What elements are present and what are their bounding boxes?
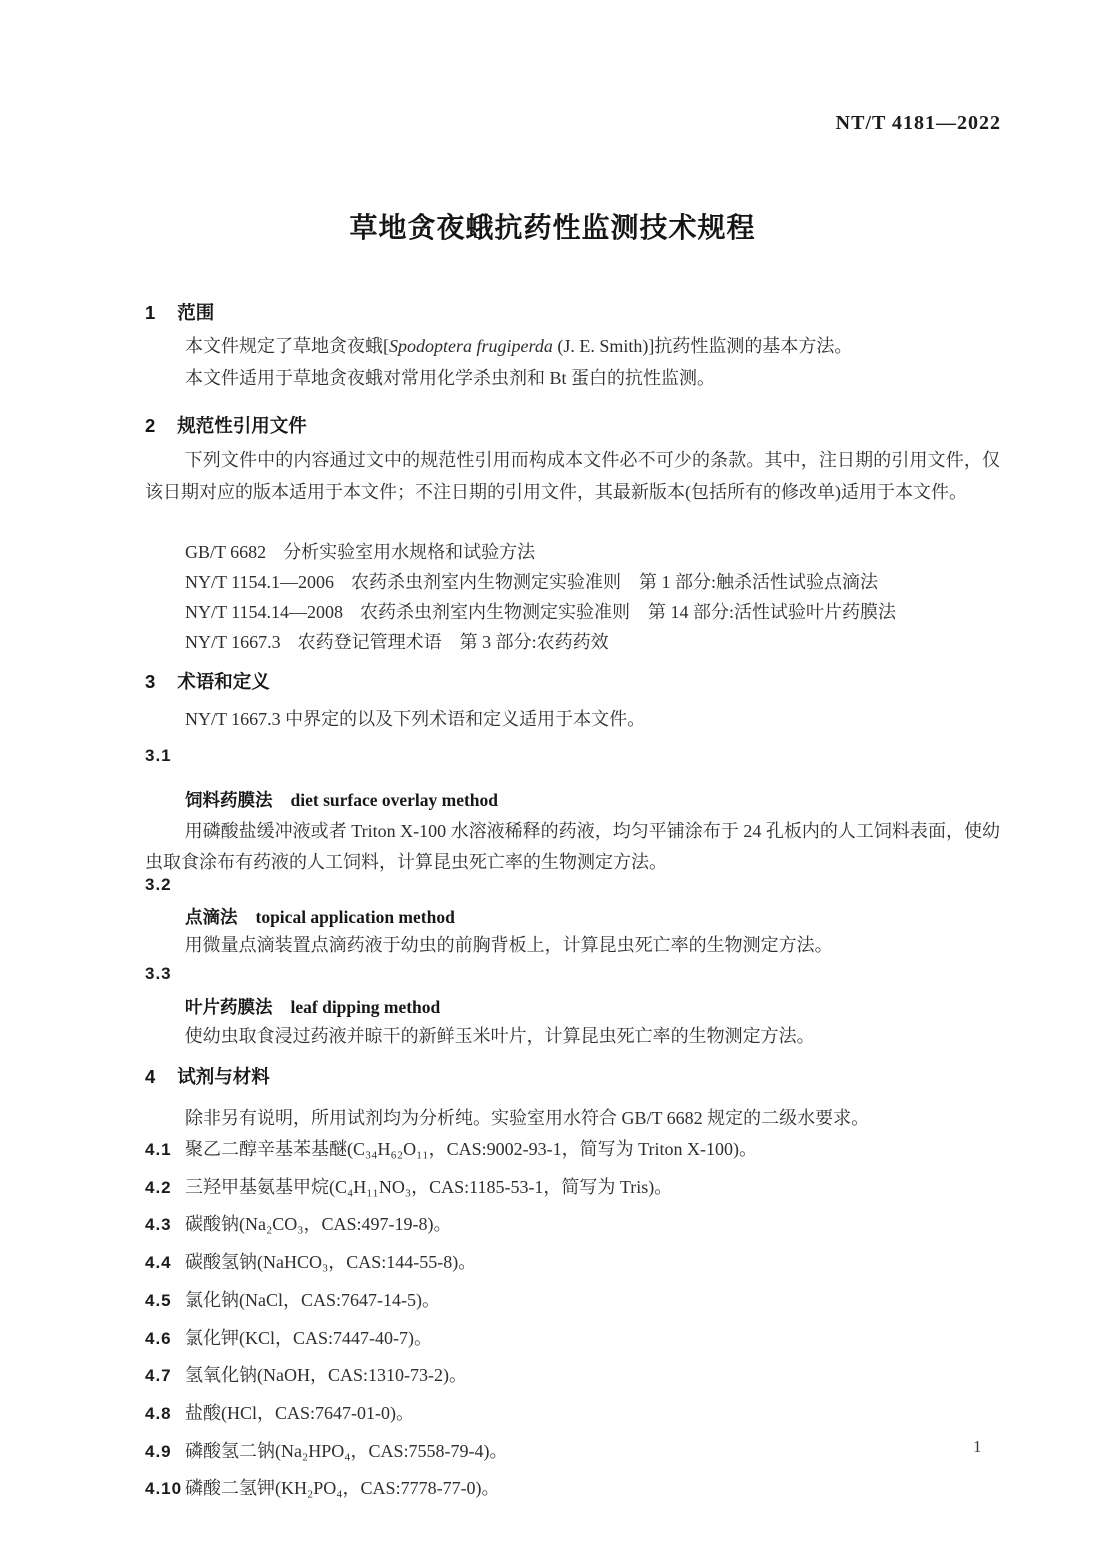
reference-item: NY/T 1154.1—2006农药杀虫剂室内生物测定实验准则 第 1 部分:触… (145, 567, 1000, 597)
scope-paragraph-2: 本文件适用于草地贪夜蛾对常用化学杀虫剂和 Bt 蛋白的抗性监测。 (145, 365, 1040, 391)
section-3-heading: 3 术语和定义 (145, 668, 1000, 694)
reference-code: NY/T 1154.14—2008 (185, 602, 343, 622)
reagent-item-number: 4.3 (145, 1206, 185, 1244)
reference-code: NY/T 1154.1—2006 (185, 572, 334, 592)
page-title: 草地贪夜蛾抗药性监测技术规程 (0, 206, 1105, 246)
reagent-item: 4.10磷酸二氢钾(KH₂PO₄，CAS:7778-77-0)。 (145, 1470, 1000, 1508)
section-2-heading: 2 规范性引用文件 (145, 412, 1000, 438)
reagent-item-text: 碳酸钠(Na₂CO₃，CAS:497-19-8)。 (185, 1214, 452, 1234)
species-name: Spodoptera frugiperda (389, 336, 553, 356)
reagent-item: 4.2三羟甲基氨基甲烷(C₄H₁₁NO₃，CAS:1185-53-1，简写为 T… (145, 1169, 1000, 1207)
reagent-item-text: 氯化钾(KCl，CAS:7447-40-7)。 (185, 1328, 432, 1348)
terms-intro: NY/T 1667.3 中界定的以及下列术语和定义适用于本文件。 (145, 706, 1040, 732)
term-1-zh: 饲料药膜法 (185, 790, 273, 810)
section-1-heading: 1 范围 (145, 299, 1000, 325)
term-2-zh: 点滴法 (185, 907, 238, 927)
term-1-heading: 饲料药膜法diet surface overlay method (145, 787, 1040, 812)
reagent-item-text: 氢氧化钠(NaOH，CAS:1310-73-2)。 (185, 1365, 467, 1385)
term-2-heading: 点滴法topical application method (145, 904, 1040, 929)
document-page: NT/T 4181—2022 草地贪夜蛾抗药性监测技术规程 1 范围 本文件规定… (0, 0, 1105, 1550)
reagent-item-number: 4.8 (145, 1395, 185, 1433)
reference-title: 农药登记管理术语 第 3 部分:农药药效 (298, 632, 609, 652)
reagent-item-number: 4.6 (145, 1320, 185, 1358)
reagent-item-number: 4.5 (145, 1282, 185, 1320)
section-3-label: 术语和定义 (177, 668, 270, 694)
reference-item: GB/T 6682分析实验室用水规格和试验方法 (145, 537, 1000, 567)
term-3-definition: 使幼虫取食浸过药液并晾干的新鲜玉米叶片，计算昆虫死亡率的生物测定方法。 (145, 1021, 1000, 1052)
reference-item: NY/T 1154.14—2008农药杀虫剂室内生物测定实验准则 第 14 部分… (145, 597, 1000, 627)
reference-code: GB/T 6682 (185, 542, 266, 562)
scope-p1-pre: 本文件规定了草地贪夜蛾[ (185, 336, 389, 356)
term-1-en: diet surface overlay method (291, 790, 499, 810)
reagent-item-number: 4.2 (145, 1169, 185, 1207)
reagent-item-text: 磷酸氢二钠(Na₂HPO₄，CAS:7558-79-4)。 (185, 1441, 508, 1461)
normative-refs-list: GB/T 6682分析实验室用水规格和试验方法 NY/T 1154.1—2006… (145, 537, 1000, 657)
term-3-number: 3.3 (145, 964, 1000, 984)
section-2-label: 规范性引用文件 (177, 412, 307, 438)
term-2-en: topical application method (256, 907, 455, 927)
reference-title: 农药杀虫剂室内生物测定实验准则 第 1 部分:触杀活性试验点滴法 (351, 572, 878, 592)
reagent-item-number: 4.10 (145, 1470, 185, 1508)
term-3-en: leaf dipping method (291, 997, 441, 1017)
section-4-heading: 4 试剂与材料 (145, 1063, 1000, 1089)
term-3-heading: 叶片药膜法leaf dipping method (145, 994, 1040, 1019)
reagent-item-number: 4.7 (145, 1357, 185, 1395)
section-4-number: 4 (145, 1066, 155, 1088)
reagent-item: 4.4碳酸氢钠(NaHCO₃，CAS:144-55-8)。 (145, 1244, 1000, 1282)
section-1-number: 1 (145, 302, 155, 324)
reagent-item-number: 4.1 (145, 1131, 185, 1169)
reagent-item-text: 三羟甲基氨基甲烷(C₄H₁₁NO₃，CAS:1185-53-1，简写为 Tris… (185, 1177, 672, 1197)
normative-refs-intro: 下列文件中的内容通过文中的规范性引用而构成本文件必不可少的条款。其中，注日期的引… (145, 445, 1000, 508)
term-1-definition: 用磷酸盐缓冲液或者 Triton X-100 水溶液稀释的药液，均匀平铺涂布于 … (145, 816, 1000, 877)
reagent-item-number: 4.9 (145, 1433, 185, 1471)
reagent-item: 4.6氯化钾(KCl，CAS:7447-40-7)。 (145, 1320, 1000, 1358)
reagent-item: 4.5氯化钠(NaCl，CAS:7647-14-5)。 (145, 1282, 1000, 1320)
reagent-item-text: 盐酸(HCl，CAS:7647-01-0)。 (185, 1403, 414, 1423)
section-1-label: 范围 (177, 299, 214, 325)
reagent-item-text: 聚乙二醇辛基苯基醚(C₃₄H₆₂O₁₁，CAS:9002-93-1，简写为 Tr… (185, 1139, 757, 1159)
reagent-item-text: 磷酸二氢钾(KH₂PO₄，CAS:7778-77-0)。 (185, 1478, 500, 1498)
scope-p1-post: (J. E. Smith)]抗药性监测的基本方法。 (553, 336, 853, 356)
term-2-number: 3.2 (145, 875, 1000, 895)
reagents-intro: 除非另有说明，所用试剂均为分析纯。实验室用水符合 GB/T 6682 规定的二级… (145, 1105, 1040, 1131)
term-3-zh: 叶片药膜法 (185, 997, 273, 1017)
section-3-number: 3 (145, 671, 155, 693)
scope-paragraph-1: 本文件规定了草地贪夜蛾[Spodoptera frugiperda (J. E.… (145, 333, 1040, 359)
section-4-label: 试剂与材料 (177, 1063, 270, 1089)
reagent-item-text: 氯化钠(NaCl，CAS:7647-14-5)。 (185, 1290, 440, 1310)
section-2-number: 2 (145, 415, 155, 437)
reference-title: 分析实验室用水规格和试验方法 (283, 542, 535, 562)
reagent-item: 4.3碳酸钠(Na₂CO₃，CAS:497-19-8)。 (145, 1206, 1000, 1244)
reference-title: 农药杀虫剂室内生物测定实验准则 第 14 部分:活性试验叶片药膜法 (360, 602, 896, 622)
reagent-item: 4.8盐酸(HCl，CAS:7647-01-0)。 (145, 1395, 1000, 1433)
doc-number: NT/T 4181—2022 (836, 112, 1001, 135)
reagent-item: 4.9磷酸氢二钠(Na₂HPO₄，CAS:7558-79-4)。 (145, 1433, 1000, 1471)
reagents-list: 4.1聚乙二醇辛基苯基醚(C₃₄H₆₂O₁₁，CAS:9002-93-1，简写为… (145, 1131, 1000, 1508)
reagent-item-number: 4.4 (145, 1244, 185, 1282)
reagent-item: 4.7氢氧化钠(NaOH，CAS:1310-73-2)。 (145, 1357, 1000, 1395)
reference-item: NY/T 1667.3农药登记管理术语 第 3 部分:农药药效 (145, 627, 1000, 657)
page-number: 1 (973, 1437, 982, 1457)
reference-code: NY/T 1667.3 (185, 632, 281, 652)
term-1-number: 3.1 (145, 746, 1000, 766)
term-2-definition: 用微量点滴装置点滴药液于幼虫的前胸背板上，计算昆虫死亡率的生物测定方法。 (145, 930, 1000, 961)
reagent-item: 4.1聚乙二醇辛基苯基醚(C₃₄H₆₂O₁₁，CAS:9002-93-1，简写为… (145, 1131, 1000, 1169)
reagent-item-text: 碳酸氢钠(NaHCO₃，CAS:144-55-8)。 (185, 1252, 476, 1272)
